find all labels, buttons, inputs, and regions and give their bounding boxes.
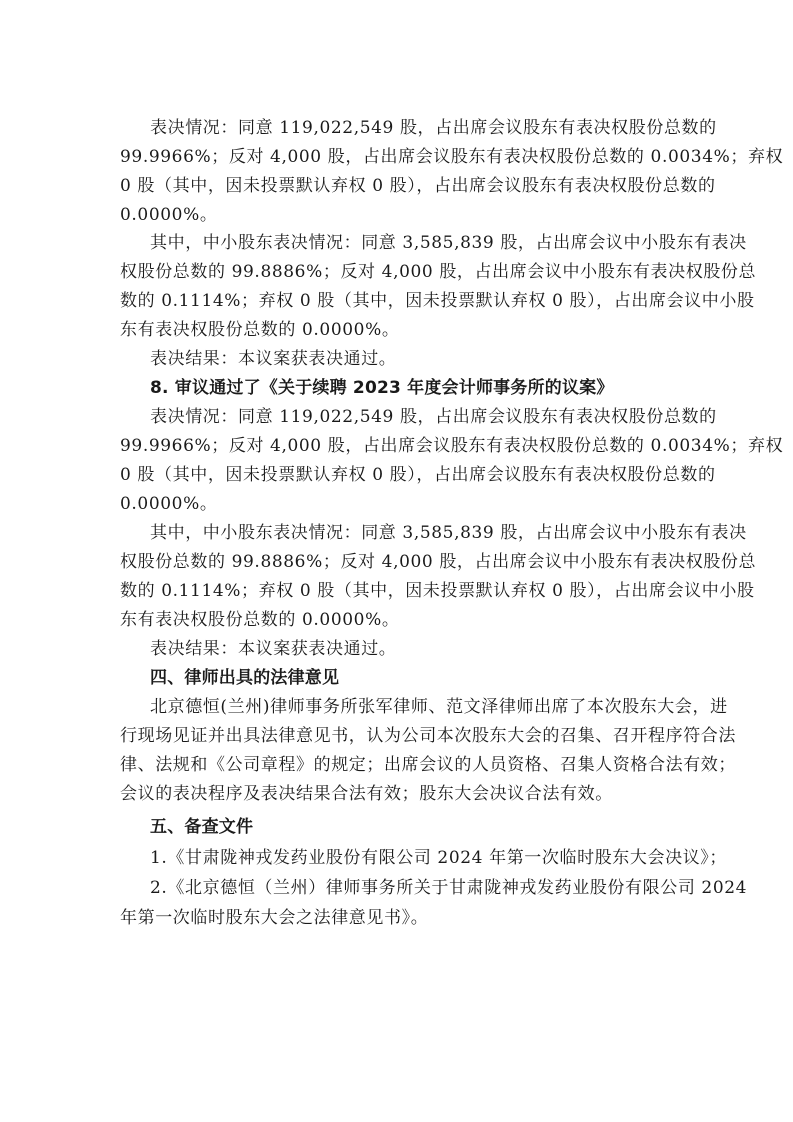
vote-summary-line: 表决情况：同意 119,022,549 股，占出席会议股东有表决权股份总数的 bbox=[150, 114, 673, 142]
legal-opinion-line: 北京德恒(兰州)律师事务所张军律师、范文泽律师出席了本次股东大会，进 bbox=[150, 693, 673, 721]
minority-vote-line: 数的 0.1114%；弃权 0 股（其中，因未投票默认弃权 0 股），占出席会议… bbox=[120, 577, 673, 605]
section-heading-reference-docs: 五、备查文件 bbox=[150, 813, 673, 841]
minority-vote-line: 其中，中小股东表决情况：同意 3,585,839 股，占出席会议中小股东有表决 bbox=[150, 519, 673, 547]
reference-doc-item-2: 2.《北京德恒（兰州）律师事务所关于甘肃陇神戎发药业股份有限公司 2024 bbox=[150, 874, 673, 902]
reference-doc-item-2-cont: 年第一次临时股东大会之法律意见书》。 bbox=[120, 904, 673, 932]
vote-summary-line: 0.0000%。 bbox=[120, 490, 673, 518]
minority-vote-line: 其中，中小股东表决情况：同意 3,585,839 股，占出席会议中小股东有表决 bbox=[150, 229, 673, 257]
minority-vote-line: 数的 0.1114%；弃权 0 股（其中，因未投票默认弃权 0 股），占出席会议… bbox=[120, 287, 673, 315]
section-heading-legal-opinion: 四、律师出具的法律意见 bbox=[150, 664, 673, 692]
legal-opinion-line: 律、法规和《公司章程》的规定；出席会议的人员资格、召集人资格合法有效； bbox=[120, 751, 673, 779]
vote-result: 表决结果：本议案获表决通过。 bbox=[150, 345, 673, 373]
minority-vote-line: 东有表决权股份总数的 0.0000%。 bbox=[120, 606, 673, 634]
vote-summary-line: 表决情况：同意 119,022,549 股，占出席会议股东有表决权股份总数的 bbox=[150, 403, 673, 431]
vote-summary-line: 0 股（其中，因未投票默认弃权 0 股），占出席会议股东有表决权股份总数的 bbox=[120, 172, 673, 200]
legal-opinion-line: 行现场见证并出具法律意见书，认为公司本次股东大会的召集、召开程序符合法 bbox=[120, 722, 673, 750]
minority-vote-line: 东有表决权股份总数的 0.0000%。 bbox=[120, 316, 673, 344]
vote-summary-line: 0.0000%。 bbox=[120, 201, 673, 229]
section-heading-item-8: 8. 审议通过了《关于续聘 2023 年度会计师事务所的议案》 bbox=[150, 374, 673, 402]
reference-doc-item-1: 1.《甘肃陇神戎发药业股份有限公司 2024 年第一次临时股东大会决议》； bbox=[150, 844, 673, 872]
vote-result: 表决结果：本议案获表决通过。 bbox=[150, 635, 673, 663]
vote-summary-line: 0 股（其中，因未投票默认弃权 0 股），占出席会议股东有表决权股份总数的 bbox=[120, 461, 673, 489]
legal-opinion-line: 会议的表决程序及表决结果合法有效；股东大会决议合法有效。 bbox=[120, 780, 673, 808]
minority-vote-line: 权股份总数的 99.8886%；反对 4,000 股，占出席会议中小股东有表决权… bbox=[120, 258, 673, 286]
vote-summary-line: 99.9966%；反对 4,000 股，占出席会议股东有表决权股份总数的 0.0… bbox=[120, 143, 673, 171]
document-page: 表决情况：同意 119,022,549 股，占出席会议股东有表决权股份总数的 9… bbox=[0, 0, 793, 1122]
minority-vote-line: 权股份总数的 99.8886%；反对 4,000 股，占出席会议中小股东有表决权… bbox=[120, 548, 673, 576]
vote-summary-line: 99.9966%；反对 4,000 股，占出席会议股东有表决权股份总数的 0.0… bbox=[120, 432, 673, 460]
